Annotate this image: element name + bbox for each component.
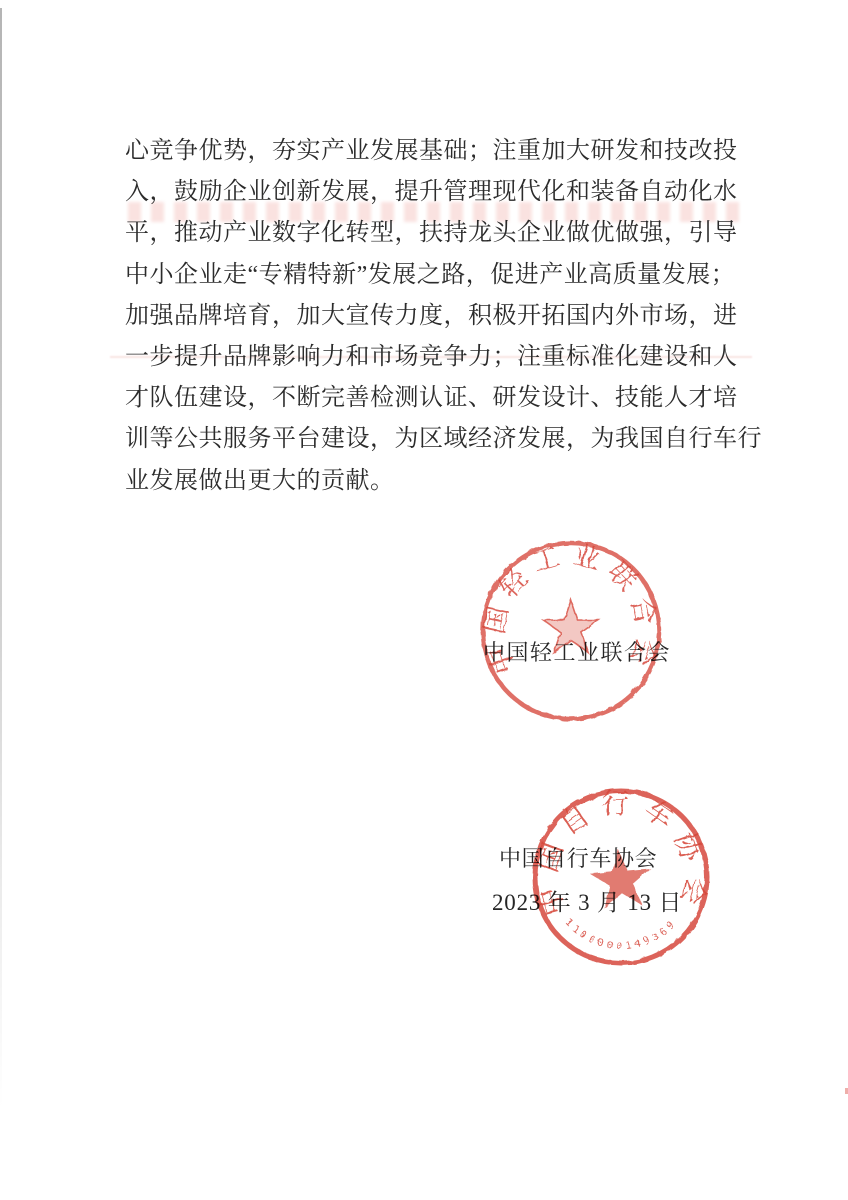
body-line-2: 入，鼓励企业创新发展，提升管理现代化和装备自动化水 [125, 172, 731, 213]
scan-edge-artifact [0, 8, 2, 1108]
body-line-5: 加强品牌培育，加大宣传力度，积极开拓国内外市场，进 [125, 296, 731, 337]
body-line-7: 才队伍建设，不断完善检测认证、研发设计、技能人才培 [125, 378, 731, 419]
seal-light-industry-council: 中国轻工业联合会 [478, 538, 664, 724]
body-line-4: 中小企业走“专精特新”发展之路，促进产业高质量发展； [125, 255, 731, 296]
seal2-serial-number: 1100000149369 [563, 917, 680, 952]
star-icon [588, 846, 654, 909]
seal2-arc-text: 中国自行车协会 [530, 788, 712, 919]
body-line-8: 训等公共服务平台建设，为区域经济发展，为我国自行车行 [125, 419, 731, 460]
body-line-9: 业发展做出更大的贡献。 [125, 461, 731, 502]
body-line-3: 平，推动产业数字化转型，扶持龙头企业做优做强，引导 [125, 213, 731, 254]
body-line-6: 一步提升品牌影响力和市场竞争力；注重标准化建设和人 [125, 337, 731, 378]
body-line-1: 心竞争优势，夯实产业发展基础；注重加大研发和技改投 [125, 131, 731, 172]
star-icon [543, 600, 598, 653]
letter-body: 心竞争优势，夯实产业发展基础；注重加大研发和技改投 入，鼓励企业创新发展，提升管… [125, 131, 731, 502]
seal-bicycle-association: 中国自行车协会 1100000149369 [530, 786, 712, 968]
document-page: 心竞争优势，夯实产业发展基础；注重加大研发和技改投 入，鼓励企业创新发展，提升管… [0, 0, 848, 1200]
